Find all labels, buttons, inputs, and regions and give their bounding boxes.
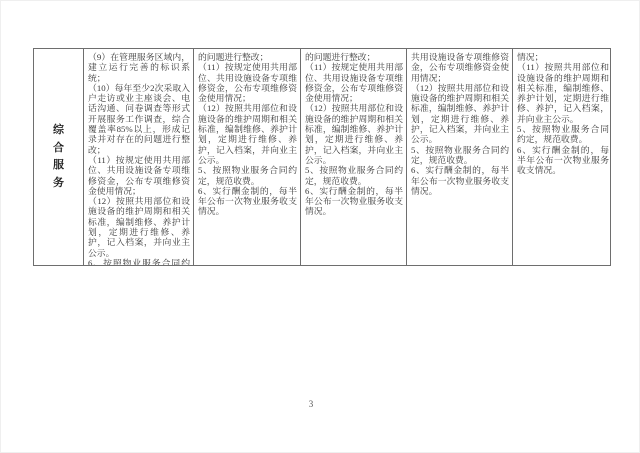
paragraph: （12）按照共用部位和设施设备的维护周期和相关标准，编制维修、养护计划，定期进行… <box>198 103 297 165</box>
level-column-1: （9）在管理服务区域内，建立运行完善的标识系统；（10）每年至少2次采取入户走访… <box>84 49 194 265</box>
paragraph: 6、实行酬金制的，每半年公布一次物业服务收支情况。 <box>517 145 609 176</box>
paragraph: （12）按照共用部位和设施设备的维护周期和相关标准，编制维修、养护计划，定期进行… <box>305 103 403 165</box>
paragraph: （12）按照共用部位和设施设备的维护周期和相关标准，编制维修、养护计划，定期进行… <box>411 83 509 145</box>
paragraph: （9）在管理服务区域内，建立运行完善的标识系统； <box>88 52 190 83</box>
paragraph: （12）按照共用部位和设施设备的维护周期和相关标准，编制维修、养护计划，定期进行… <box>88 196 190 258</box>
level-column-3: 的问题进行整改；（11）按规定使用共用部位、共用设施设备专项维修资金，公布专项维… <box>301 49 407 265</box>
paragraph: 5、按照物业服务合同约定，规范收费。 <box>517 124 609 145</box>
paragraph: 5、按照物业服务合同约定，规范收费。 <box>305 165 403 186</box>
level-column-4: 共用设施设备专项维修资金，公布专项维修资金使用情况；（12）按照共用部位和设施设… <box>407 49 513 265</box>
paragraph: 6、按照物业服务合同约定，规范收费。 <box>88 258 190 265</box>
paragraph: 的问题进行整改； <box>198 52 297 62</box>
level-column-2: 的问题进行整改；（11）按规定使用共用部位、共用设施设备专项维修资金，公布专项维… <box>194 49 301 265</box>
paragraph: （11）按规定使用共用部位、共用设施设备专项维修资金，公布专项维修资金使用情况； <box>88 155 190 196</box>
row-header-cell: 综合服务 <box>34 49 84 265</box>
row-header-text: 综合服务 <box>52 122 65 192</box>
document-page: 综合服务 （9）在管理服务区域内，建立运行完善的标识系统；（10）每年至少2次采… <box>0 0 640 453</box>
paragraph: （11）按规定使用共用部位、共用设施设备专项维修资金，公布专项维修资金使用情况； <box>305 62 403 103</box>
service-standard-table: 综合服务 （9）在管理服务区域内，建立运行完善的标识系统；（10）每年至少2次采… <box>33 48 611 266</box>
paragraph: 6、实行酬金制的，每半年公布一次物业服务收支情况。 <box>305 186 403 217</box>
paragraph: （11）按照共用部位和设施设备的维护周期和相关标准，编制维修、养护计划，定期进行… <box>517 62 609 124</box>
level-column-5: 情况；（11）按照共用部位和设施设备的维护周期和相关标准，编制维修、养护计划，定… <box>513 49 612 265</box>
paragraph: 5、按照物业服务合同约定，规范收费。 <box>198 165 297 186</box>
paragraph: 6、实行酬金制的，每半年公布一次物业服务收支情况。 <box>198 186 297 217</box>
paragraph: 共用设施设备专项维修资金，公布专项维修资金使用情况； <box>411 52 509 83</box>
paragraph: （11）按规定使用共用部位、共用设施设备专项维修资金，公布专项维修资金使用情况； <box>198 62 297 103</box>
paragraph: （10）每年至少2次采取入户走访或业主座谈会、电话沟通、问卷调查等形式开展服务工… <box>88 83 190 155</box>
paragraph: 5、按照物业服务合同约定，规范收费。 <box>411 145 509 166</box>
paragraph: 的问题进行整改； <box>305 52 403 62</box>
paragraph: 6、实行酬金制的，每半年公布一次物业服务收支情况。 <box>411 165 509 196</box>
paragraph: 情况； <box>517 52 609 62</box>
page-number: 3 <box>0 399 622 409</box>
